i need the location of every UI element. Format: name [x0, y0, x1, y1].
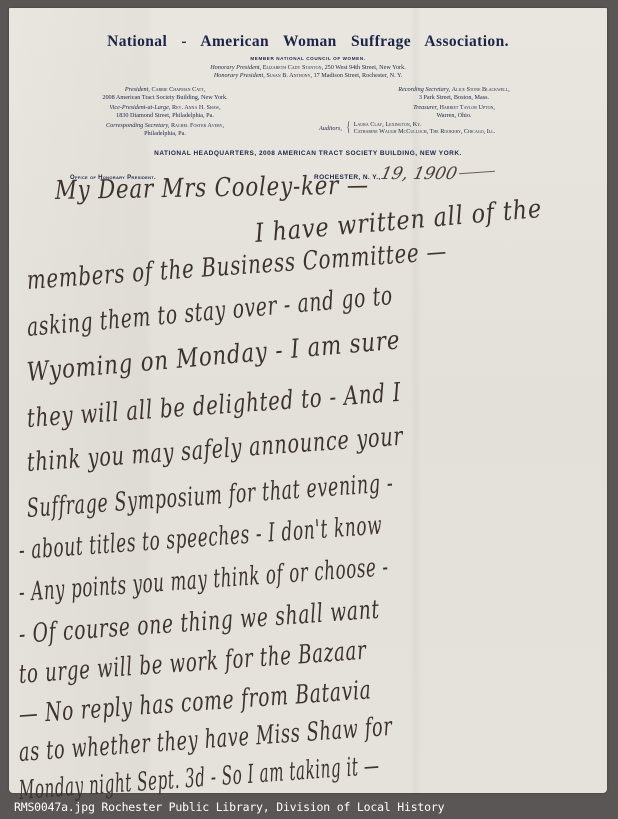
- member-line: MEMBER NATIONAL COUNCIL OF WOMEN.: [9, 56, 607, 61]
- organization-title: National - American Woman Suffrage Assoc…: [9, 33, 607, 51]
- officer-address: Warren, Ohio.: [354, 112, 554, 120]
- auditor-1: Laura Clay, Lexington, Ky.: [354, 121, 496, 128]
- letter-line: think you may safely announce your: [26, 422, 404, 478]
- officer-title: Vice-President-at-Large,: [109, 104, 170, 111]
- letter-page: National - American Woman Suffrage Assoc…: [9, 8, 607, 793]
- date-flourish: [459, 171, 495, 175]
- honorary-president-2: Honorary President, Susan B. Anthony, 17…: [9, 72, 607, 80]
- auditors-label: Auditors,: [319, 125, 342, 132]
- officer-address: 3 Park Street, Boston, Mass.: [354, 94, 554, 102]
- officer-address: 1830 Diamond Street, Philadelphia, Pa.: [65, 112, 265, 120]
- officer-address: 2008 American Tract Society Building, Ne…: [65, 94, 265, 102]
- brace-icon: {: [347, 121, 350, 135]
- officer-title: President,: [125, 86, 150, 93]
- officer-name: Carrie Chapman Catt,: [151, 86, 205, 93]
- handwritten-date: 19, 1900: [379, 164, 459, 184]
- officer-title: Corresponding Secretary,: [106, 122, 169, 129]
- officer-recording-secretary: Recording Secretary, Alice Stone Blackwe…: [354, 86, 554, 94]
- officer-treasurer: Treasurer, Harriet Taylor Upton,: [354, 104, 554, 112]
- auditors-block: Auditors, { Laura Clay, Lexington, Ky. C…: [319, 121, 495, 135]
- officer-vice-president: Vice-President-at-Large, Rev. Anna H. Sh…: [65, 104, 265, 112]
- hp1-name: Elizabeth Cady Stanton,: [263, 64, 323, 71]
- hp1-address: 250 West 94th Street, New York.: [325, 64, 406, 71]
- officer-title: Treasurer,: [413, 104, 438, 111]
- officers-right-column: Recording Secretary, Alice Stone Blackwe…: [354, 86, 554, 119]
- auditor-2: Catharine Waugh McCulloch, The Rookery, …: [354, 128, 496, 135]
- officer-address: Philadelphia, Pa.: [65, 130, 265, 138]
- headquarters-line: NATIONAL HEADQUARTERS, 2008 AMERICAN TRA…: [9, 150, 607, 157]
- officers-left-column: President, Carrie Chapman Catt, 2008 Ame…: [65, 86, 265, 138]
- image-caption: RMS0047a.jpg Rochester Public Library, D…: [14, 800, 444, 814]
- hp2-name: Susan B. Anthony,: [266, 72, 312, 79]
- hp2-address: 17 Madison Street, Rochester, N. Y.: [314, 72, 403, 79]
- letter-line: My Dear Mrs Cooley-ker —: [55, 171, 369, 206]
- honorary-president-1: Honorary President, Elizabeth Cady Stant…: [9, 64, 607, 72]
- officer-title: Recording Secretary,: [398, 86, 450, 93]
- officer-name: Alice Stone Blackwell,: [452, 86, 510, 93]
- officer-name: Rev. Anna H. Shaw,: [172, 104, 221, 111]
- hp1-title: Honorary President,: [210, 64, 261, 71]
- officer-name: Rachel Foster Avery,: [171, 122, 224, 129]
- officer-corresponding-secretary: Corresponding Secretary, Rachel Foster A…: [65, 122, 265, 130]
- officer-president: President, Carrie Chapman Catt,: [65, 86, 265, 94]
- officer-name: Harriet Taylor Upton,: [439, 104, 494, 111]
- hp2-title: Honorary President,: [214, 72, 265, 79]
